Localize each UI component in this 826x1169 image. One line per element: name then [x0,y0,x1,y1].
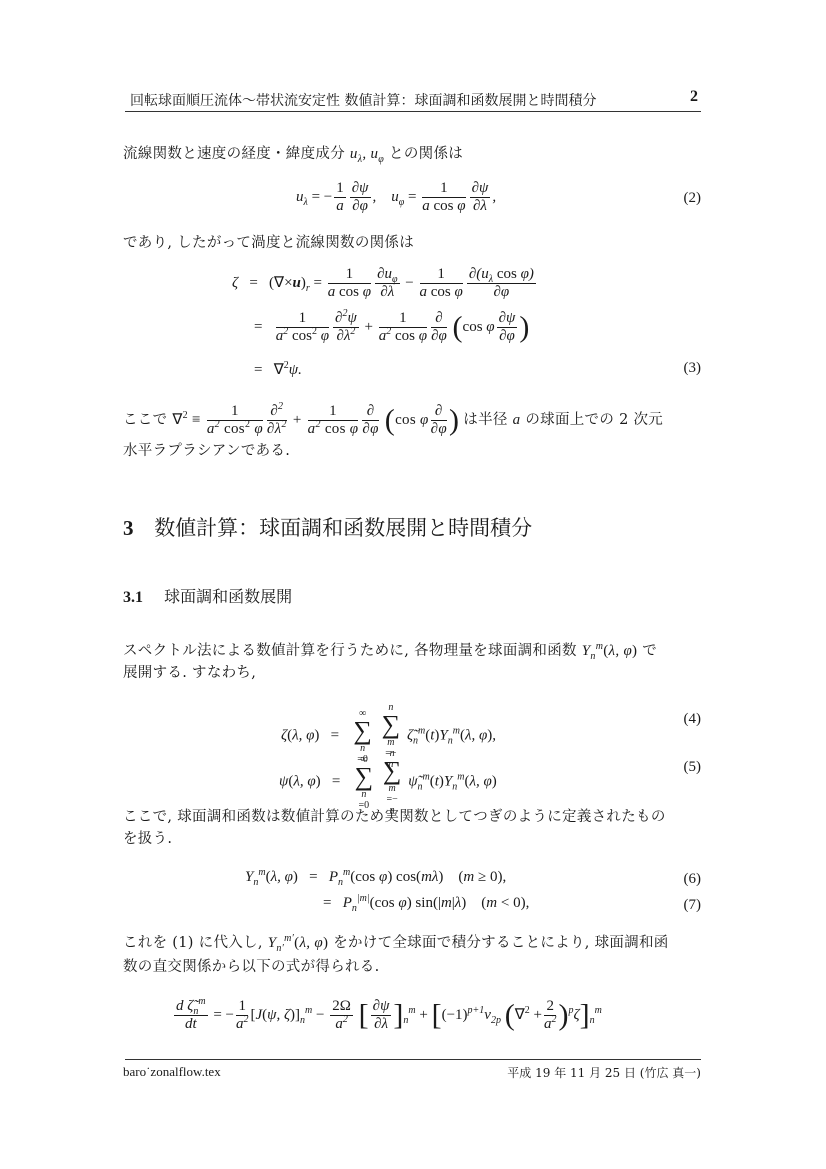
equation-2: uλ = −1a∂ψ∂φ, uφ = 1a cos φ∂ψ∂λ, [296,180,496,215]
header-rule [125,111,701,112]
inline-math-ynm-prime: Yn′m′(λ, φ) [268,935,329,951]
inline-math-ynm: Ynm(λ, φ) [582,643,638,659]
paragraph-4-line-2: 展開する. すなわち, [123,662,256,684]
equation-number-3: (3) [684,360,702,377]
equation-number-6: (6) [684,871,702,888]
paragraph-2: であり, したがって渦度と流線関数の関係は [123,232,414,254]
equation-3-line-3: = ∇2ψ. [254,360,302,379]
paragraph-6: これを (1) に代入し, Yn′m′(λ, φ) をかけて全球面で積分すること… [123,932,669,954]
paragraph-text: これを (1) に代入し, [123,935,263,951]
paragraph-text: の球面上での 2 次元 [525,412,663,428]
inline-math-radius: a [513,412,521,428]
paragraph-text: で [642,643,657,659]
page-number: 2 [690,88,698,106]
equation-number-5: (5) [684,759,702,776]
subsection-number: 3.1 [123,589,143,606]
paragraph-text: は半径 [463,412,507,428]
laplacian-definition: ∇2 ≡ 1a2 cos2 φ∂2∂λ2 + 1a2 cos φ∂∂φ (cos… [172,412,463,428]
footer-filename: baro˙zonalflow.tex [123,1064,221,1080]
paragraph-5-line-2: を扱う. [123,828,172,850]
equation-3-line-2: = 1a2 cos2 φ∂2ψ∂λ2 + 1a2 cos φ∂∂φ (cos φ… [254,310,529,345]
paragraph-3: ここで ∇2 ≡ 1a2 cos2 φ∂2∂λ2 + 1a2 cos φ∂∂φ … [123,402,663,438]
paragraph-3-line-2: 水平ラプラシアンである. [123,440,290,462]
equation-vorticity-tendency: d ζ̃nmdt = −1a2[J(ψ, ζ)]nm − 2Ωa2 [∂ψ∂λ]… [172,998,602,1033]
paragraph-text: をかけて全球面で積分することにより, 球面調和函 [333,935,668,951]
equation-number-4: (4) [684,711,702,728]
paragraph-1: 流線関数と速度の経度・緯度成分 uλ, uφ との関係は [123,143,463,165]
paragraph-text: ここで [123,412,167,428]
paragraph-text: スペクトル法による数値計算を行うために, 各物理量を球面調和函数 [123,643,577,659]
paragraph-text: 流線関数と速度の経度・緯度成分 [123,146,345,162]
section-title: 数値計算：球面調和函数展開と時間積分 [154,516,532,540]
running-header-title: 回転球面順圧流体〜帯状流安定性 数値計算：球面調和函数展開と時間積分 [130,90,596,110]
equation-number-7: (7) [684,897,702,914]
equation-number-2: (2) [684,190,702,207]
equation-7: = Pn|m|(cos φ) sin(|m|λ) (m < 0), [323,895,529,912]
section-number: 3 [123,516,134,540]
footer-date-author: 平成 19 年 11 月 25 日 (竹広 真一) [507,1064,701,1081]
subsection-title: 球面調和函数展開 [164,587,292,606]
section-heading: 3 数値計算：球面調和函数展開と時間積分 [123,512,532,542]
paragraph-5: ここで, 球面調和函数は数値計算のため実関数としてつぎのように定義されたもの [123,806,666,828]
subsection-heading: 3.1 球面調和函数展開 [123,584,292,607]
paragraph-6-line-2: 数の直交関係から以下の式が得られる. [123,956,380,978]
equation-6: Ynm(λ, φ) = Pnm(cos φ) cos(mλ) (m ≥ 0), [245,869,506,886]
equation-3-line-1: ζ = (∇×u)r = 1a cos φ∂uφ∂λ − 1a cos φ∂(u… [232,266,538,301]
paragraph-text: との関係は [389,146,463,162]
footer-rule [125,1059,701,1060]
inline-math-velocity: uλ, uφ [350,146,384,162]
paragraph-4: スペクトル法による数値計算を行うために, 各物理量を球面調和函数 Ynm(λ, … [123,640,657,662]
